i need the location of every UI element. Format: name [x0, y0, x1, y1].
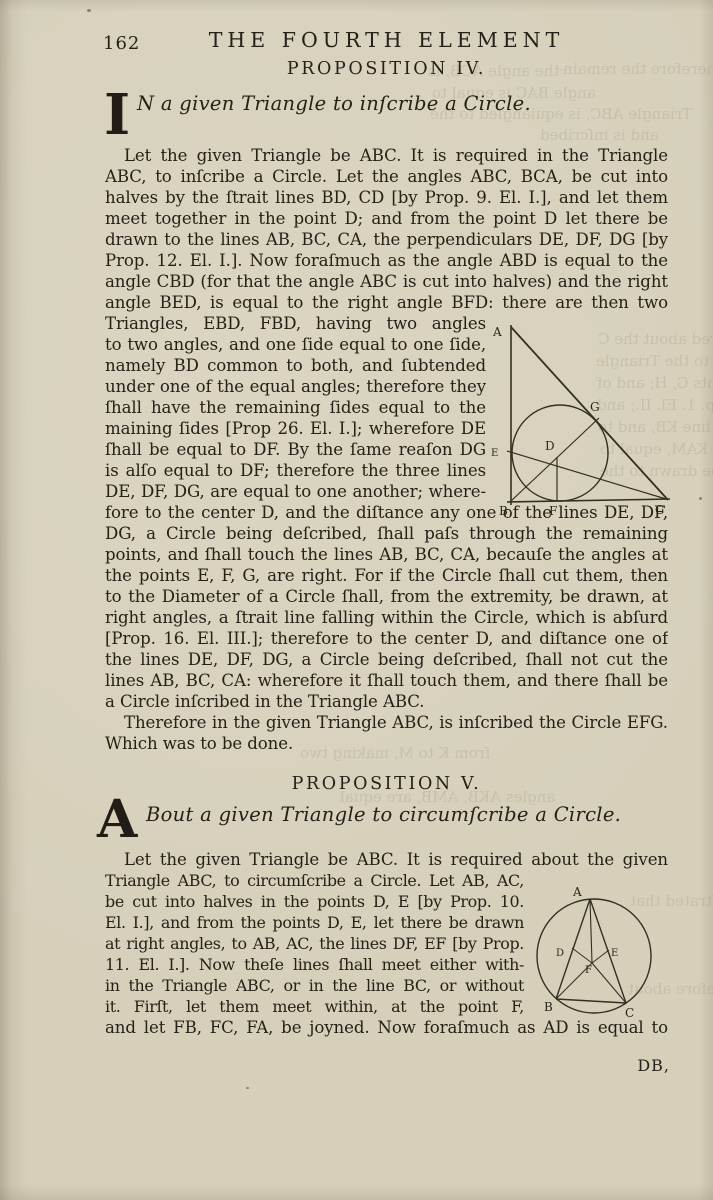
figure1-bisector-bg — [511, 418, 599, 501]
body-line: ſhall be equal to DF. By the ſame reaſon… — [105, 439, 486, 460]
body-line: meet together in the point D; and from t… — [105, 208, 668, 229]
body-line: DG, a Circle being deſcribed, ſhall paſs… — [105, 523, 668, 544]
body-line: ſhall have the remaining ſides equal to … — [105, 397, 486, 418]
inscribed-circle-figure: A B C D E F G — [487, 315, 677, 517]
figure2-radius-fc — [592, 963, 626, 1003]
body-line: is alſo equal to DF; therefore the three… — [105, 460, 486, 481]
body-line: Triangles, EBD, FBD, having two angles e… — [105, 313, 486, 334]
vertex-label-c: C — [625, 1006, 635, 1020]
body-line: right angles, a ſtrait line falling with… — [105, 607, 668, 628]
body-line: points, and ſhall touch the lines AB, BC… — [105, 544, 668, 565]
body-line: in the Triangle ABC, or in the line BC, … — [105, 975, 524, 996]
body-line: 11. El. I.]. Now theſe lines ſhall meet … — [105, 954, 524, 975]
body-line: Therefore in the given Triangle ABC, is … — [105, 712, 668, 733]
running-title: THE FOURTH ELEMENT — [105, 28, 668, 52]
center-label-d: D — [545, 439, 556, 453]
body-line: halves by the ſtrait lines BD, CD [by Pr… — [105, 187, 668, 208]
figure2-radius-fa — [590, 899, 592, 963]
book-page-scan: the angle ACB, is therefore the remain- … — [0, 0, 713, 1200]
touchpoint-label-e: E — [491, 448, 499, 459]
touchpoint-label-f: F — [549, 504, 558, 517]
vertex-label-a: A — [492, 325, 503, 339]
proposition-4-statement: N a given Triangle to inſcribe a Circle. — [137, 92, 531, 115]
vertex-label-a: A — [572, 885, 583, 899]
body-line: a Circle inſcribed in the Triangle ABC. — [105, 691, 668, 712]
proposition-5-heading: PROPOSITION V. — [105, 774, 668, 794]
body-line: to two angles, and one ſide equal to one… — [105, 334, 486, 355]
center-label-f: F — [585, 965, 593, 976]
figure2-perpendicular-ef — [592, 950, 609, 963]
paper-speck — [699, 497, 702, 500]
body-line: lines AB, BC, CA: wherefore it ſhall tou… — [105, 670, 668, 691]
body-line: angle CBD (for that the angle ABC is cut… — [105, 271, 668, 292]
body-line: El. I.], and from the points D, E, let t… — [105, 912, 524, 933]
body-line: the points E, F, G, are right. For if th… — [105, 565, 668, 586]
midpoint-label-e: E — [611, 948, 619, 959]
paper-speck — [246, 1087, 249, 1089]
figure2-perpendicular-df — [572, 948, 592, 963]
body-line: ABC, to inſcribe a Circle. Let the angle… — [105, 166, 668, 187]
midpoint-label-d: D — [556, 948, 565, 959]
body-line: be cut into halves in the points D, E [b… — [105, 891, 524, 912]
drop-cap-i: I — [104, 87, 130, 143]
body-line: Let the given Triangle be ABC. It is req… — [105, 849, 668, 870]
body-line: Triangle ABC, to circumſcribe a Circle. … — [105, 870, 524, 891]
body-line: namely BD common to both, and ſubtended — [105, 355, 486, 376]
catchword: DB, — [540, 1056, 670, 1075]
body-line: under one of the equal angles; therefore… — [105, 376, 486, 397]
bleedthrough-text: and is inſcribed — [540, 126, 659, 144]
circumscribed-circle-figure: A B C D E F — [522, 877, 667, 1022]
body-line: angle BED, is equal to the right angle B… — [105, 292, 668, 313]
touchpoint-label-g: G — [590, 400, 601, 414]
figure1-side-bc — [507, 499, 670, 502]
proposition-4-heading: PROPOSITION IV. — [105, 59, 668, 79]
figure2-circumscribed-circle — [537, 899, 651, 1013]
body-line: Let the given Triangle be ABC. It is req… — [105, 145, 668, 166]
body-line: DE, DF, DG, are equal to one another; wh… — [105, 481, 486, 502]
body-line: Which was to be done. — [105, 733, 668, 754]
body-line: at right angles, to AB, AC, the lines DF… — [105, 933, 524, 954]
figure2-side-bc — [556, 999, 626, 1003]
body-line: drawn to the lines AB, BC, CA, the perpe… — [105, 229, 668, 250]
vertex-label-c: C — [655, 503, 665, 517]
body-line: to the Diameter of a Circle ſhall, from … — [105, 586, 668, 607]
body-line: the lines DE, DF, DG, a Circle being deſ… — [105, 649, 668, 670]
paper-speck — [87, 9, 91, 12]
body-line: it. Firſt, let them meet within, at the … — [105, 996, 524, 1017]
vertex-label-b: B — [544, 1000, 554, 1014]
vertex-label-b: B — [499, 504, 509, 517]
drop-cap-a: A — [97, 794, 137, 846]
body-line: Prop. 12. El. I.]. Now foraſmuch as the … — [105, 250, 668, 271]
body-line: maining ſides [Prop 26. El. I.]; wherefo… — [105, 418, 486, 439]
proposition-5-statement: Bout a given Triangle to circumſcribe a … — [146, 803, 621, 826]
body-line: [Prop. 16. El. III.]; therefore to the c… — [105, 628, 668, 649]
